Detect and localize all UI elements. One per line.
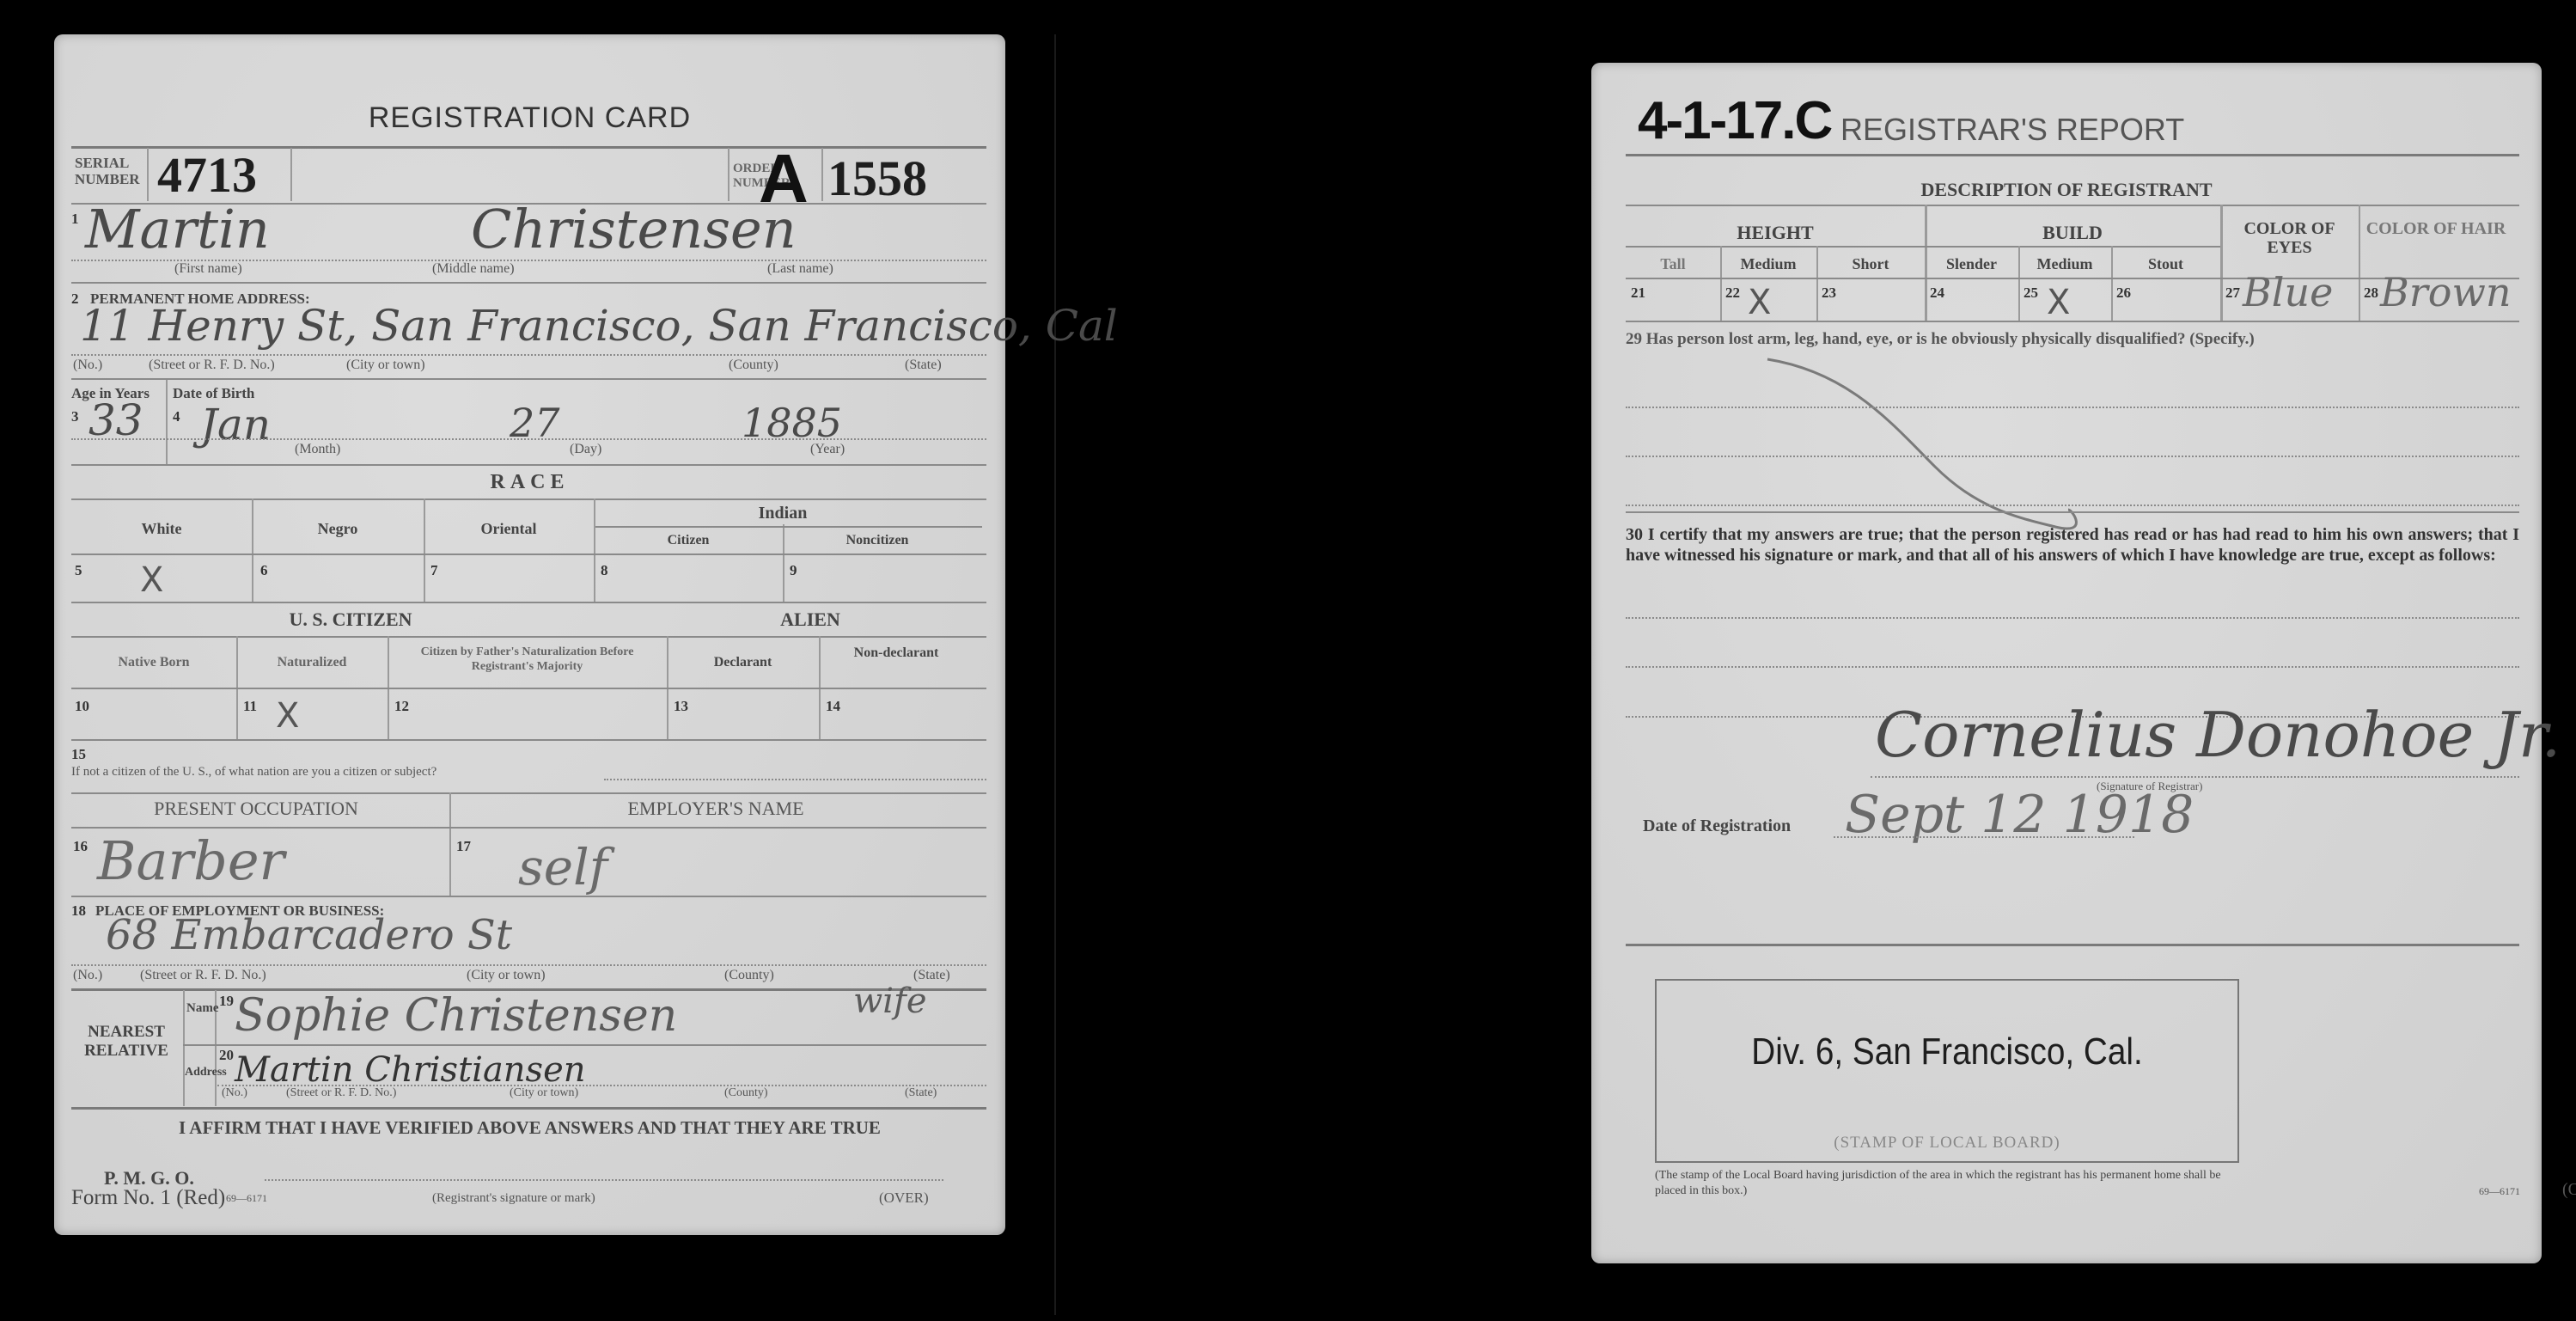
field-label: Address bbox=[185, 1066, 227, 1079]
field-number: 8 bbox=[601, 562, 608, 579]
occupation-header: PRESENT OCCUPATION bbox=[71, 798, 441, 820]
declarant-label: Declarant bbox=[667, 655, 819, 670]
home-address: 11 Henry St, San Francisco, San Francisc… bbox=[80, 301, 1118, 351]
field-label: Name bbox=[186, 1001, 219, 1016]
caption: (First name) bbox=[174, 261, 242, 277]
signature-line bbox=[265, 1179, 943, 1181]
field-number: 5 bbox=[75, 562, 82, 579]
field-number: 10 bbox=[75, 698, 89, 715]
serial-number: 4713 bbox=[157, 146, 257, 204]
divider bbox=[290, 148, 292, 201]
registrar-signature: Cornelius Donohoe Jr. bbox=[1875, 699, 2561, 771]
divider bbox=[821, 148, 823, 201]
order-number: 1558 bbox=[827, 150, 927, 207]
registrant-signature-label: (Registrant's signature or mark) bbox=[432, 1191, 595, 1206]
divider bbox=[1626, 944, 2519, 946]
divider bbox=[71, 827, 986, 829]
answer-line bbox=[1626, 456, 2519, 457]
native-born-label: Native Born bbox=[71, 655, 236, 670]
field-number: 19 bbox=[219, 993, 234, 1010]
divider bbox=[71, 498, 986, 500]
divider bbox=[71, 964, 986, 966]
divider bbox=[424, 498, 425, 602]
race-indian-citizen-label: Citizen bbox=[594, 533, 783, 548]
divider bbox=[595, 526, 982, 528]
handwritten-dash-stroke bbox=[1591, 63, 2542, 578]
field-number: 2 bbox=[71, 290, 79, 308]
divider bbox=[71, 354, 986, 356]
caption: (County) bbox=[729, 358, 778, 373]
divider bbox=[1626, 511, 2519, 513]
race-white-mark: X bbox=[140, 560, 163, 600]
last-name: Christensen bbox=[471, 198, 797, 260]
caption: (No.) bbox=[222, 1086, 247, 1100]
caption: (Month) bbox=[295, 442, 340, 457]
race-negro-label: Negro bbox=[252, 520, 424, 538]
divider bbox=[166, 380, 168, 466]
film-strip-line bbox=[1054, 34, 1056, 1315]
birth-month: Jan bbox=[200, 400, 271, 450]
registrars-report-back: 4-1-17.C REGISTRAR'S REPORT DESCRIPTION … bbox=[1591, 63, 2542, 1263]
caption: (Last name) bbox=[767, 261, 833, 277]
answer-line bbox=[1626, 407, 2519, 408]
caption: (Day) bbox=[570, 442, 601, 457]
divider bbox=[71, 1107, 986, 1110]
field-number: 16 bbox=[73, 838, 88, 855]
field-number: 15 bbox=[71, 746, 86, 763]
us-citizen-title: U. S. CITIZEN bbox=[71, 609, 630, 631]
field-number: 6 bbox=[260, 562, 268, 579]
answer-line bbox=[1626, 617, 2519, 619]
first-name: Martin bbox=[85, 198, 270, 260]
caption: (Street or R. F. D. No.) bbox=[286, 1086, 396, 1100]
divider bbox=[71, 688, 986, 689]
divider bbox=[71, 282, 986, 284]
relative-name: Sophie Christensen bbox=[235, 990, 677, 1042]
field-label: If not a citizen of the U. S., of what n… bbox=[71, 765, 436, 780]
divider bbox=[147, 148, 149, 201]
indian-header: Indian bbox=[594, 504, 972, 523]
caption: (City or town) bbox=[346, 358, 425, 373]
divider bbox=[71, 378, 986, 380]
over-label: (OVER) bbox=[2562, 1180, 2576, 1200]
caption: (Street or R. F. D. No.) bbox=[140, 968, 266, 983]
caption: (No.) bbox=[73, 968, 102, 983]
printing-code: 69—6171 bbox=[2479, 1185, 2520, 1198]
divider bbox=[183, 990, 185, 1106]
field-number: 17 bbox=[456, 838, 471, 855]
card-title: REGISTRATION CARD bbox=[54, 101, 1005, 135]
divider bbox=[449, 792, 451, 896]
field-number: 9 bbox=[790, 562, 797, 579]
local-board-stamp: Div. 6, San Francisco, Cal. bbox=[1692, 1031, 2203, 1073]
field-number: 7 bbox=[430, 562, 438, 579]
caption: (County) bbox=[724, 968, 774, 983]
divider bbox=[71, 739, 986, 741]
caption: (State) bbox=[905, 1086, 937, 1100]
divider bbox=[71, 438, 986, 440]
alien-title: ALIEN bbox=[656, 609, 965, 631]
divider bbox=[604, 779, 986, 780]
printing-code: 69—6171 bbox=[226, 1192, 267, 1205]
field-number: 3 bbox=[71, 408, 79, 425]
local-board-stamp-box: Div. 6, San Francisco, Cal. (STAMP OF LO… bbox=[1655, 979, 2239, 1163]
field-number: 14 bbox=[826, 698, 840, 715]
race-title: RACE bbox=[54, 471, 1005, 494]
field-number: 30 bbox=[1626, 525, 1643, 544]
date-line bbox=[1834, 836, 2134, 838]
citizen-by-father-label: Citizen by Father's Naturalization Befor… bbox=[396, 645, 658, 674]
race-indian-noncitizen-label: Noncitizen bbox=[783, 533, 972, 548]
date-of-registration-label: Date of Registration bbox=[1643, 816, 1791, 836]
place-of-employment: 68 Embarcadero St bbox=[106, 911, 512, 959]
caption: (Middle name) bbox=[432, 261, 515, 277]
answer-line bbox=[1626, 666, 2519, 668]
caption: (City or town) bbox=[510, 1086, 578, 1100]
field-number: 11 bbox=[243, 698, 257, 715]
divider bbox=[71, 464, 986, 466]
serial-label: SERIAL NUMBER bbox=[75, 155, 143, 187]
relative-relation: wife bbox=[853, 982, 927, 1021]
field-number: 20 bbox=[219, 1047, 234, 1064]
field-number: 18 bbox=[71, 902, 86, 920]
race-oriental-label: Oriental bbox=[424, 520, 594, 538]
employer-value: self bbox=[518, 838, 607, 896]
registration-card-front: REGISTRATION CARD SERIAL NUMBER 4713 ORD… bbox=[54, 34, 1005, 1235]
caption: (Year) bbox=[810, 442, 845, 457]
race-white-label: White bbox=[71, 520, 252, 538]
naturalized-label: Naturalized bbox=[236, 655, 388, 670]
employer-header: EMPLOYER'S NAME bbox=[458, 798, 974, 820]
caption: (Street or R. F. D. No.) bbox=[149, 358, 275, 373]
caption: (City or town) bbox=[467, 968, 546, 983]
divider bbox=[71, 636, 986, 638]
over-label: (OVER) bbox=[879, 1190, 929, 1207]
caption: (State) bbox=[905, 358, 942, 373]
q30-text: 30 I certify that my answers are true; t… bbox=[1626, 524, 2519, 566]
divider bbox=[71, 792, 986, 794]
stamp-note: (The stamp of the Local Board having jur… bbox=[1655, 1168, 2248, 1199]
divider bbox=[183, 1044, 986, 1046]
answer-line bbox=[1626, 505, 2519, 506]
field-number: 4 bbox=[173, 408, 180, 425]
naturalized-mark: X bbox=[276, 696, 299, 736]
caption: (No.) bbox=[73, 358, 102, 373]
q30-certification: I certify that my answers are true; that… bbox=[1626, 525, 2519, 565]
field-number: 13 bbox=[674, 698, 688, 715]
occupation-value: Barber bbox=[97, 829, 284, 892]
signature-line bbox=[1871, 776, 2519, 778]
stamp-caption: (STAMP OF LOCAL BOARD) bbox=[1657, 1134, 2237, 1153]
divider bbox=[252, 498, 253, 602]
field-number: 12 bbox=[394, 698, 409, 715]
field-number: 1 bbox=[71, 211, 79, 228]
caption: (County) bbox=[724, 1086, 768, 1100]
affirmation-text: I AFFIRM THAT I HAVE VERIFIED ABOVE ANSW… bbox=[54, 1117, 1005, 1139]
divider bbox=[71, 553, 986, 555]
non-declarant-label: Non-declarant bbox=[845, 645, 948, 661]
divider bbox=[728, 148, 729, 201]
divider bbox=[71, 602, 986, 603]
nearest-relative-label: NEAREST RELATIVE bbox=[71, 1023, 181, 1061]
form-number: Form No. 1 (Red) bbox=[71, 1186, 225, 1210]
divider bbox=[71, 896, 986, 897]
